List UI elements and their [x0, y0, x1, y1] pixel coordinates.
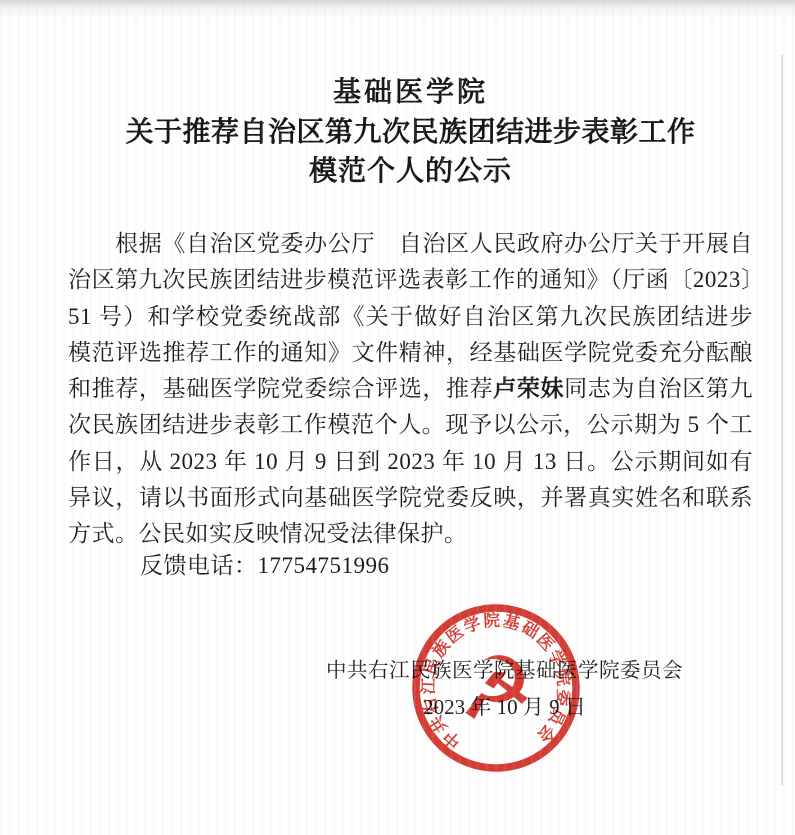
- feedback-phone-number: 17754751996: [258, 553, 390, 578]
- title-line-department: 基础医学院: [68, 72, 753, 112]
- feedback-phone-line: 反馈电话：17754751996: [140, 549, 390, 583]
- title-line-subject: 关于推荐自治区第九次民族团结进步表彰工作: [68, 112, 753, 151]
- signature-date: 2023 年 10 月 9 日: [326, 695, 683, 719]
- body-paragraph: 根据《自治区党委办公厅 自治区人民政府办公厅关于开展自治区第九次民族团结进步模范…: [68, 226, 753, 553]
- document-title: 基础医学院 关于推荐自治区第九次民族团结进步表彰工作 模范个人的公示: [68, 72, 753, 190]
- signature-block: 中共右江民族医学院基础医学院委员会 2023 年 10 月 9 日: [68, 658, 753, 719]
- title-line-subject-cont: 模范个人的公示: [68, 151, 753, 190]
- nominee-name: 卢荣妹: [493, 376, 564, 401]
- document-page: { "document": { "title_lines": [ "基础医学院"…: [0, 0, 795, 835]
- signature-committee: 中共右江民族医学院基础医学院委员会: [326, 658, 683, 684]
- scan-artifact-right-edge: [781, 55, 783, 785]
- scan-artifact-top: [0, 0, 795, 18]
- body-text-after: 同志为自治区第九次民族团结进步表彰工作模范个人。现予以公示，公示期为 5 个工作…: [68, 376, 753, 546]
- signature-inner: 中共右江民族医学院基础医学院委员会 2023 年 10 月 9 日: [326, 658, 683, 719]
- feedback-label: 反馈电话：: [140, 553, 258, 578]
